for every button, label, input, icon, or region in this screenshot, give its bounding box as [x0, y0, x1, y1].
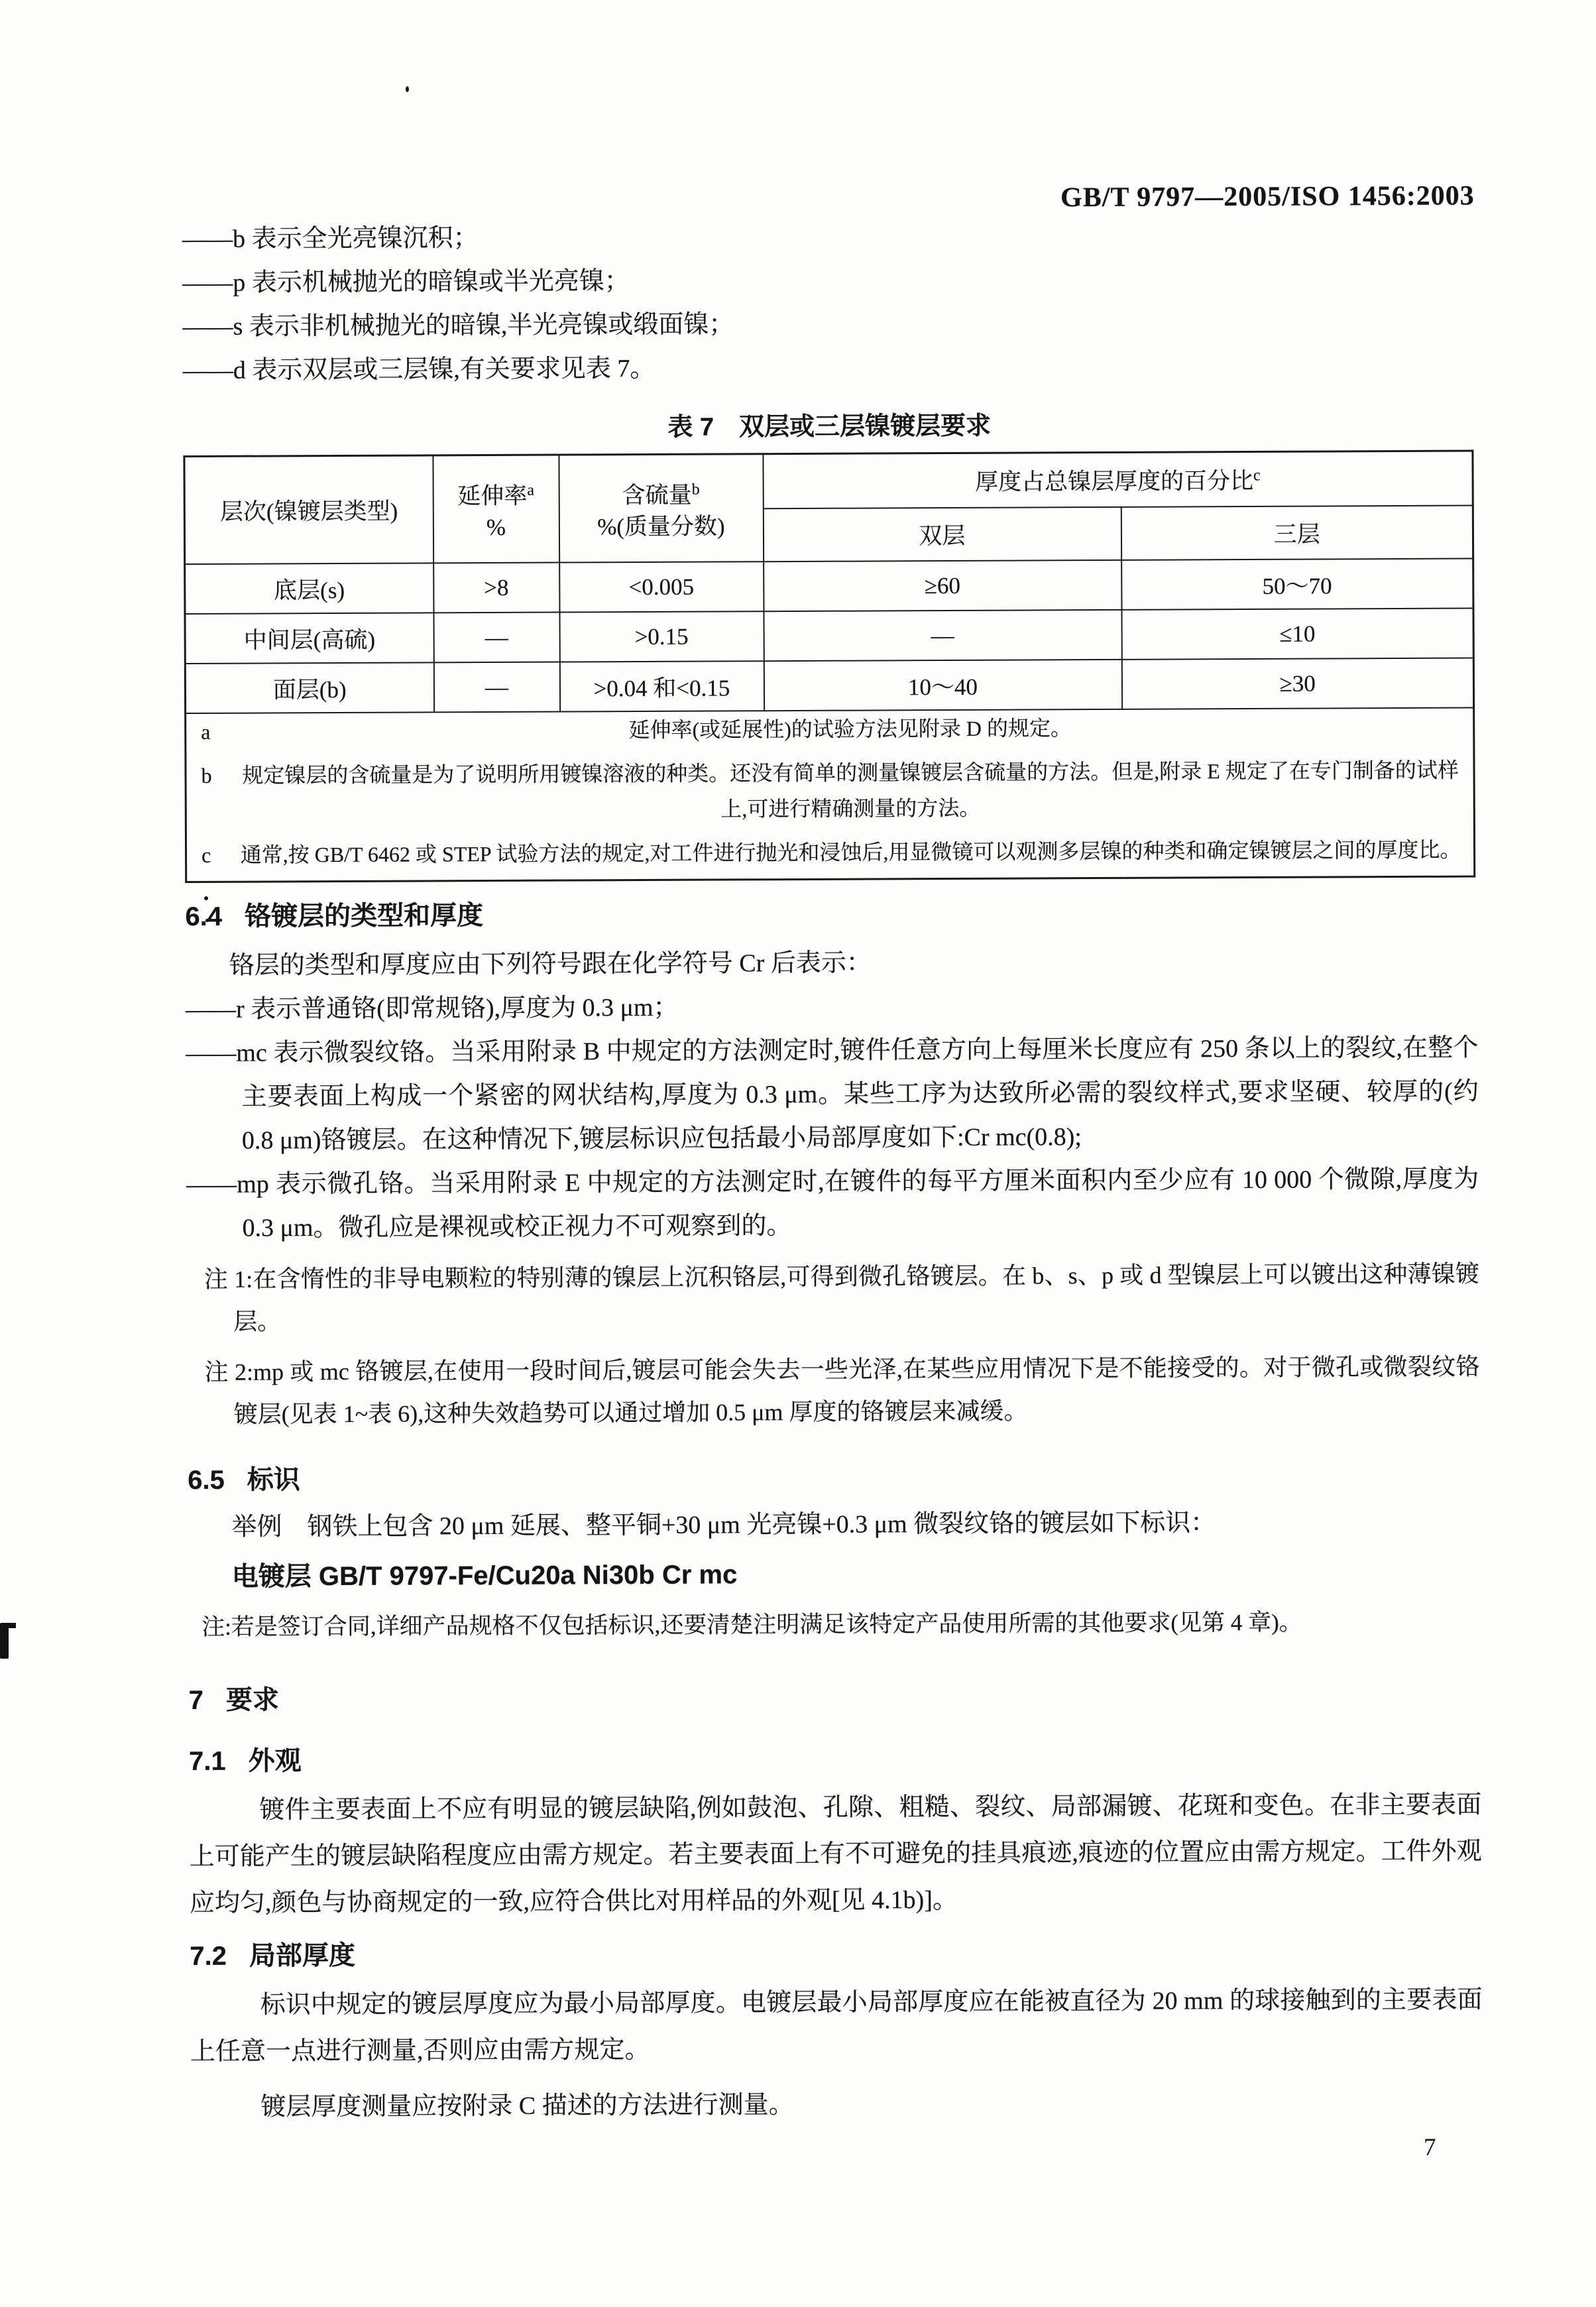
scan-artifact [205, 919, 209, 922]
footnote-a: a 延伸率(或延展性)的试验方法见附录 D 的规定。 [190, 709, 1469, 750]
note-2: 注 2:mp 或 mc 铬镀层,在使用一段时间后,镀层可能会失去一些光泽,在某些… [204, 1346, 1480, 1436]
column-header-thickness-percent: 厚度占总镍层厚度的百分比c [763, 451, 1473, 508]
table-row: 中间层(高硫) — >0.15 — ≤10 [185, 609, 1473, 664]
table-footnote-row: a 延伸率(或延展性)的试验方法见附录 D 的规定。 b 规定镍层的含硫量是为了… [186, 708, 1475, 882]
cell-sulfur: <0.005 [559, 562, 764, 612]
section-6-5-note: 注:若是签订合同,详细产品规格不仅包括标识,还要清楚注明满足该特定产品使用所需的… [201, 1602, 1481, 1646]
cell-layer: 底层(s) [185, 563, 433, 614]
scanned-sheet: GB/T 9797—2005/ISO 1456:2003 ——b 表示全光亮镍沉… [0, 0, 1596, 2307]
column-header-sulfur: 含硫量b %(质量分数) [559, 454, 764, 563]
scan-artifact [204, 896, 208, 900]
column-header-layer: 层次(镍镀层类型) [184, 455, 433, 564]
chromium-type-list: ——r 表示普通铬(即常规铬),厚度为 0.3 μm； ——mc 表示微裂纹铬。… [186, 982, 1479, 1251]
designation-code: 电镀层 GB/T 9797-Fe/Cu20a Ni30b Cr mc [232, 1552, 1481, 1596]
nickel-type-bullet-list: ——b 表示全光亮镍沉积； ——p 表示机械抛光的暗镍或半光亮镍； ——s 表示… [182, 212, 1475, 393]
list-item: ——r 表示普通铬(即常规铬),厚度为 0.3 μm； [186, 982, 1478, 1032]
section-heading-6-5: 6.5标识 [188, 1458, 1480, 1497]
footnote-b: b 规定镍层的含硫量是为了说明所用镀镍溶液的种类。还没有简单的测量镍镀层含硫量的… [190, 752, 1469, 829]
cell-double: — [764, 610, 1121, 661]
list-item: ——mc 表示微裂纹铬。当采用附录 B 中规定的方法测定时,镀件任意方向上每厘米… [186, 1026, 1479, 1163]
section-6-4-intro: 铬层的类型和厚度应由下列符号跟在化学符号 Cr 后表示： [229, 939, 1478, 988]
table-row: 面层(b) — >0.04 和<0.15 10～40 ≥30 [185, 658, 1473, 713]
cell-triple: ≥30 [1121, 658, 1473, 709]
document-page: GB/T 9797—2005/ISO 1456:2003 ——b 表示全光亮镍沉… [0, 0, 1596, 2307]
scan-artifact [0, 1623, 9, 1659]
cell-elongation: — [433, 613, 559, 663]
list-item: ——d 表示双层或三层镍,有关要求见表 7。 [183, 343, 1475, 393]
section-heading-7-1: 7.1外观 [189, 1739, 1481, 1778]
section-heading-7: 7要求 [189, 1678, 1481, 1717]
standard-number: GB/T 9797—2005/ISO 1456:2003 [182, 180, 1475, 218]
table-7: 层次(镍镀层类型) 延伸率a % 含硫量b %(质量分数) 厚度占总镍层厚度的百… [183, 450, 1475, 883]
cell-layer: 面层(b) [185, 662, 433, 713]
section-heading-7-2: 7.2局部厚度 [190, 1934, 1482, 1973]
table-7-title: 表 7 双层或三层镍镀层要求 [183, 403, 1475, 445]
cell-sulfur: >0.15 [559, 611, 764, 662]
cell-double: ≥60 [764, 560, 1121, 611]
cell-layer: 中间层(高硫) [185, 613, 433, 664]
cell-triple: ≤10 [1121, 609, 1473, 660]
list-item: ——b 表示全光亮镍沉积； [182, 212, 1475, 262]
section-7-1-paragraph: 镀件主要表面上不应有明显的镀层缺陷,例如鼓泡、孔隙、粗糙、裂纹、局部漏镀、花斑和… [189, 1781, 1482, 1926]
cell-sulfur: >0.04 和<0.15 [559, 661, 764, 711]
page-number: 7 [1424, 2133, 1436, 2162]
scan-artifact [7, 1623, 16, 1628]
table-footnotes: a 延伸率(或延展性)的试验方法见附录 D 的规定。 b 规定镍层的含硫量是为了… [186, 708, 1475, 882]
table-row: 底层(s) >8 <0.005 ≥60 50～70 [185, 559, 1473, 614]
section-7-2-paragraph-1: 标识中规定的镀层厚度应为最小局部厚度。电镀层最小局部厚度应在能被直径为 20 m… [190, 1976, 1483, 2075]
list-item: ——p 表示机械抛光的暗镍或半光亮镍； [182, 256, 1475, 306]
column-header-triple-layer: 三层 [1121, 506, 1473, 560]
cell-triple: 50～70 [1121, 559, 1473, 610]
column-header-elongation: 延伸率a % [433, 455, 559, 563]
column-header-double-layer: 双层 [763, 507, 1121, 562]
section-heading-6-4: 6.4铬镀层的类型和厚度 [185, 895, 1477, 934]
cell-elongation: — [433, 662, 559, 713]
cell-elongation: >8 [433, 563, 559, 613]
designation-example-intro: 举例 钢铁上包含 20 μm 延展、整平铜+30 μm 光亮镍+0.3 μm 微… [231, 1502, 1480, 1547]
note-1: 注 1:在含惰性的非导电颗粒的特别薄的镍层上沉积铬层,可得到微孔铬镀层。在 b、… [204, 1253, 1480, 1343]
section-7-2-paragraph-2: 镀层厚度测量应按附录 C 描述的方法进行测量。 [190, 2078, 1483, 2131]
list-item: ——s 表示非机械抛光的暗镍,半光亮镍或缎面镍； [182, 300, 1475, 349]
cell-double: 10～40 [764, 660, 1121, 711]
footnote-c: c 通常,按 GB/T 6462 或 STEP 试验方法的规定,对工件进行抛光和… [191, 832, 1469, 873]
list-item: ——mp 表示微孔铬。当采用附录 E 中规定的方法测定时,在镀件的每平方厘米面积… [186, 1157, 1479, 1251]
scan-artifact [406, 86, 409, 92]
